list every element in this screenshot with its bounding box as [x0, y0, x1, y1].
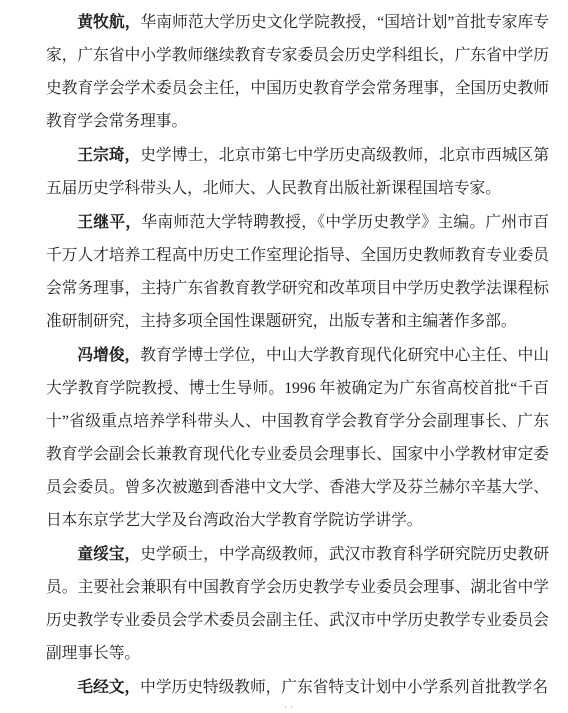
bio-text: 中学历史特级教师，广东省特支计划中小学系列首批教学名: [140, 679, 548, 696]
person-name: 冯增俊，: [77, 345, 140, 364]
bio-paragraph: 童绥宝，史学硕士，中学高级教师，武汉市教育科学研究院历史教研员。主要社会兼职有中…: [46, 537, 549, 670]
bio-text: 教育学博士学位，中山大学教育现代化研究中心主任、中山大学教育学院教授、博士生导师…: [46, 347, 549, 529]
page-number-fragment: ··: [280, 701, 300, 713]
bio-paragraph: 毛经文，中学历史特级教师，广东省特支计划中小学系列首批教学名: [46, 670, 549, 704]
document-body: 黄牧航，华南师范大学历史文化学院教授，“国培计划”首批专家库专家，广东省中小学教…: [46, 5, 549, 704]
document-page: 黄牧航，华南师范大学历史文化学院教授，“国培计划”首批专家库专家，广东省中小学教…: [0, 0, 568, 713]
bio-text: 华南师范大学特聘教授，《中学历史教学》主编。广州市百千万人才培养工程高中历史工作…: [46, 214, 549, 330]
bio-paragraph: 黄牧航，华南师范大学历史文化学院教授，“国培计划”首批专家库专家，广东省中小学教…: [46, 5, 549, 138]
bio-paragraph: 王宗琦，史学博士，北京市第七中学历史高级教师，北京市西城区第五届历史学科带头人，…: [46, 138, 549, 205]
person-name: 童绥宝，: [77, 544, 140, 563]
bio-paragraph: 王继平，华南师范大学特聘教授，《中学历史教学》主编。广州市百千万人才培养工程高中…: [46, 205, 549, 338]
person-name: 王继平，: [77, 212, 141, 231]
person-name: 王宗琦，: [77, 145, 140, 164]
bio-text: 华南师范大学历史文化学院教授，“国培计划”首批专家库专家，广东省中小学教师继续教…: [46, 14, 549, 130]
bio-paragraph: 冯增俊，教育学博士学位，中山大学教育现代化研究中心主任、中山大学教育学院教授、博…: [46, 338, 549, 537]
person-name: 黄牧航，: [77, 12, 140, 31]
bio-text: 史学硕士，中学高级教师，武汉市教育科学研究院历史教研员。主要社会兼职有中国教育学…: [46, 546, 549, 662]
person-name: 毛经文，: [77, 677, 140, 696]
